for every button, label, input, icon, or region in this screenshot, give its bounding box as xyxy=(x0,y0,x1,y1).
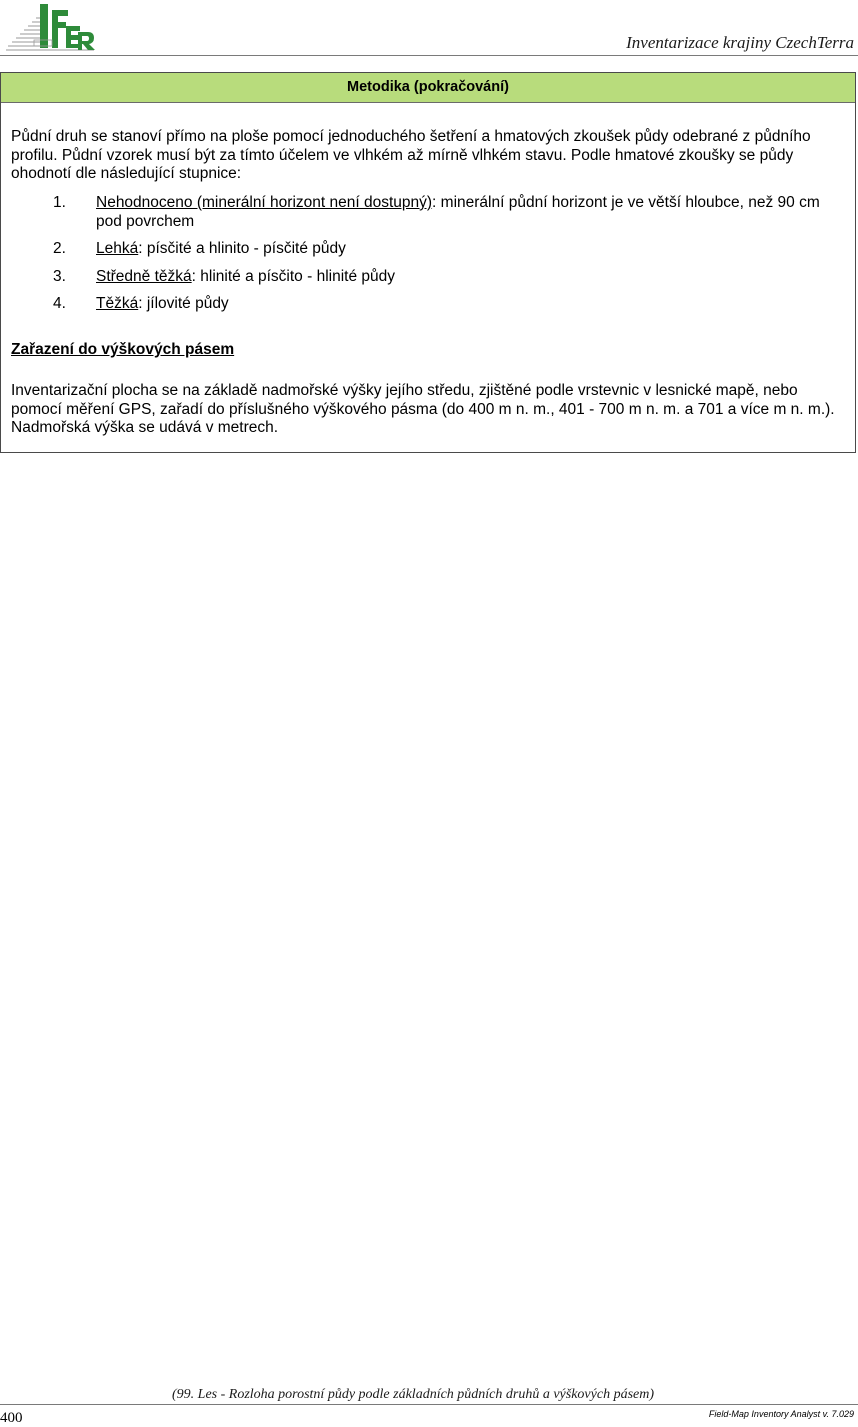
document-header-title: Inventarizace krajiny CzechTerra xyxy=(626,33,854,53)
methodology-box: Metodika (pokračování) Půdní druh se sta… xyxy=(0,72,856,453)
footer-caption: (99. Les - Rozloha porostní půdy podle z… xyxy=(172,1387,654,1403)
list-term: Lehká xyxy=(96,240,138,257)
section-paragraph: Inventarizační plocha se na základě nadm… xyxy=(11,382,849,438)
list-number: 1. xyxy=(53,194,66,213)
ifer-logo-icon xyxy=(4,2,96,52)
header-divider xyxy=(0,55,858,56)
ifer-logo xyxy=(4,2,96,52)
intro-paragraph: Půdní druh se stanoví přímo na ploše pom… xyxy=(11,128,849,184)
list-number: 3. xyxy=(53,268,66,287)
methodology-heading: Metodika (pokračování) xyxy=(1,73,855,103)
list-term: Nehodnoceno (minerální horizont není dos… xyxy=(96,194,432,211)
section-title: Zařazení do výškových pásem xyxy=(11,341,234,359)
list-number: 4. xyxy=(53,295,66,314)
list-term: Středně těžká xyxy=(96,268,192,285)
list-term: Těžká xyxy=(96,295,138,312)
page-number: 400 xyxy=(0,1410,23,1427)
list-number: 2. xyxy=(53,240,66,259)
list-description: : jílovité půdy xyxy=(138,295,228,312)
list-description: : hlinité a písčito - hlinité půdy xyxy=(192,268,395,285)
app-version: Field-Map Inventory Analyst v. 7.029 xyxy=(709,1409,854,1419)
list-description: : písčité a hlinito - písčité půdy xyxy=(138,240,346,257)
footer-divider xyxy=(0,1404,858,1405)
